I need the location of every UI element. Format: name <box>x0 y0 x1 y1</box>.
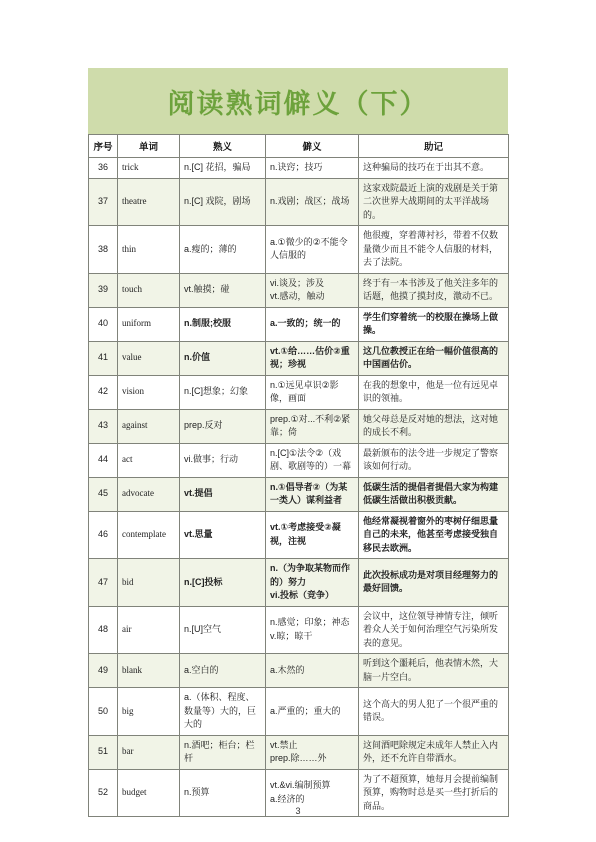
mnemonic-cell: 会议中，这位领导神情专注，倾听着众人关于如何治理空气污染所发表的意见。 <box>359 606 509 654</box>
row-number-cell: 36 <box>89 158 118 179</box>
row-number-cell: 40 <box>89 307 118 341</box>
obscure-meaning-cell: n.（为争取某物而作的）努力 vi.投标（竞争） <box>266 559 359 607</box>
row-number-cell: 48 <box>89 606 118 654</box>
table-row: 41 value n.价值 vt.①给……估价②重视；珍视 这几位教授正在给一幅… <box>89 341 509 375</box>
familiar-meaning-cell: a.空白的 <box>180 654 266 688</box>
table-row: 43 against prep.反对 prep.①对...不利②紧靠；倚 她父母… <box>89 409 509 443</box>
word-cell: act <box>118 443 180 477</box>
obscure-meaning-cell: a.①微少的②不能令人信服的 <box>266 226 359 274</box>
row-number-cell: 45 <box>89 477 118 511</box>
familiar-meaning-cell: n.[C]投标 <box>180 559 266 607</box>
row-number-cell: 50 <box>89 688 118 736</box>
header-familiar-meaning: 熟义 <box>180 135 266 158</box>
familiar-meaning-cell: vi.做事；行动 <box>180 443 266 477</box>
header-number: 序号 <box>89 135 118 158</box>
table-row: 44 act vi.做事；行动 n.[C]①法令②（戏剧、歌剧等的）一幕 最新颁… <box>89 443 509 477</box>
page-number: 3 <box>0 806 596 816</box>
row-number-cell: 43 <box>89 409 118 443</box>
table-row: 47 bid n.[C]投标 n.（为争取某物而作的）努力 vi.投标（竞争） … <box>89 559 509 607</box>
title-banner: 阅读熟词僻义（下） <box>88 68 508 134</box>
mnemonic-cell: 他经常凝视着窗外的枣树仔细思量自己的未来，他甚至考虑接受独自移民去欧洲。 <box>359 511 509 559</box>
familiar-meaning-cell: n.[C]想象；幻象 <box>180 375 266 409</box>
familiar-meaning-cell: a.（体积、程度、数量等）大的，巨大的 <box>180 688 266 736</box>
header-obscure-meaning: 僻义 <box>266 135 359 158</box>
word-cell: value <box>118 341 180 375</box>
header-mnemonic: 助记 <box>359 135 509 158</box>
table-row: 37 theatre n.[C] 戏院，剧场 n.戏剧；战区；战场 这家戏院最近… <box>89 178 509 226</box>
word-cell: bar <box>118 735 180 769</box>
table-row: 45 advocate vt.提倡 n.①倡导者②（为某一类人）谋利益者 低碳生… <box>89 477 509 511</box>
word-cell: bid <box>118 559 180 607</box>
familiar-meaning-cell: n.[U]空气 <box>180 606 266 654</box>
word-cell: thin <box>118 226 180 274</box>
obscure-meaning-cell: n.①倡导者②（为某一类人）谋利益者 <box>266 477 359 511</box>
mnemonic-cell: 这家戏院最近上演的戏剧是关于第二次世界大战期间的太平洋战场的。 <box>359 178 509 226</box>
familiar-meaning-cell: a.瘦的；薄的 <box>180 226 266 274</box>
table-row: 42 vision n.[C]想象；幻象 n.①远见卓识②影像，画面 在我的想象… <box>89 375 509 409</box>
table-row: 38 thin a.瘦的；薄的 a.①微少的②不能令人信服的 他很瘦，穿着薄衬衫… <box>89 226 509 274</box>
word-cell: advocate <box>118 477 180 511</box>
obscure-meaning-cell: n.①远见卓识②影像，画面 <box>266 375 359 409</box>
mnemonic-cell: 这个高大的男人犯了一个很严重的错误。 <box>359 688 509 736</box>
mnemonic-cell: 此次投标成功是对项目经理努力的最好回馈。 <box>359 559 509 607</box>
table-row: 48 air n.[U]空气 n.感觉；印象；神态 v.晾；晾干 会议中，这位领… <box>89 606 509 654</box>
mnemonic-cell: 听到这个噩耗后，他表情木然，大脑一片空白。 <box>359 654 509 688</box>
row-number-cell: 38 <box>89 226 118 274</box>
word-cell: air <box>118 606 180 654</box>
vocab-table: 序号 单词 熟义 僻义 助记 36 trick n.[C] 花招，骗局 n.诀窍… <box>88 134 509 817</box>
table-row: 49 blank a.空白的 a.木然的 听到这个噩耗后，他表情木然，大脑一片空… <box>89 654 509 688</box>
obscure-meaning-cell: n.感觉；印象；神态 v.晾；晾干 <box>266 606 359 654</box>
table-row: 40 uniform n.制服;校服 a.一致的；统一的 学生们穿着统一的校服在… <box>89 307 509 341</box>
familiar-meaning-cell: n.价值 <box>180 341 266 375</box>
mnemonic-cell: 她父母总是反对她的想法，这对她的成长不利。 <box>359 409 509 443</box>
table-row: 39 touch vt.触摸；碰 vi.谈及；涉及 vt.感动，触动 终于有一本… <box>89 273 509 307</box>
familiar-meaning-cell: vt.触摸；碰 <box>180 273 266 307</box>
familiar-meaning-cell: n.[C] 花招，骗局 <box>180 158 266 179</box>
mnemonic-cell: 这间酒吧除规定未成年人禁止入内外，还不允许自带酒水。 <box>359 735 509 769</box>
familiar-meaning-cell: n.[C] 戏院，剧场 <box>180 178 266 226</box>
row-number-cell: 39 <box>89 273 118 307</box>
obscure-meaning-cell: prep.①对...不利②紧靠；倚 <box>266 409 359 443</box>
vocab-table-header: 序号 单词 熟义 僻义 助记 <box>89 135 509 158</box>
obscure-meaning-cell: n.[C]①法令②（戏剧、歌剧等的）一幕 <box>266 443 359 477</box>
table-row: 46 contemplate vt.思量 vt.①考虑接受②凝视，注视 他经常凝… <box>89 511 509 559</box>
row-number-cell: 44 <box>89 443 118 477</box>
row-number-cell: 51 <box>89 735 118 769</box>
word-cell: touch <box>118 273 180 307</box>
vocab-table-container: 序号 单词 熟义 僻义 助记 36 trick n.[C] 花招，骗局 n.诀窍… <box>88 134 508 817</box>
obscure-meaning-cell: a.一致的；统一的 <box>266 307 359 341</box>
familiar-meaning-cell: vt.提倡 <box>180 477 266 511</box>
word-cell: big <box>118 688 180 736</box>
row-number-cell: 47 <box>89 559 118 607</box>
row-number-cell: 37 <box>89 178 118 226</box>
word-cell: theatre <box>118 178 180 226</box>
word-cell: uniform <box>118 307 180 341</box>
word-cell: vision <box>118 375 180 409</box>
familiar-meaning-cell: vt.思量 <box>180 511 266 559</box>
familiar-meaning-cell: n.酒吧；柜台；栏杆 <box>180 735 266 769</box>
obscure-meaning-cell: vt.①考虑接受②凝视，注视 <box>266 511 359 559</box>
vocab-table-body: 36 trick n.[C] 花招，骗局 n.诀窍；技巧 这种骗局的技巧在于出其… <box>89 158 509 817</box>
mnemonic-cell: 低碳生活的提倡者提倡大家为构建低碳生活做出积极贡献。 <box>359 477 509 511</box>
mnemonic-cell: 在我的想象中，他是一位有远见卓识的领袖。 <box>359 375 509 409</box>
obscure-meaning-cell: a.严重的；重大的 <box>266 688 359 736</box>
row-number-cell: 46 <box>89 511 118 559</box>
obscure-meaning-cell: n.戏剧；战区；战场 <box>266 178 359 226</box>
mnemonic-cell: 最新颁布的法令进一步规定了警察该如何行动。 <box>359 443 509 477</box>
mnemonic-cell: 这种骗局的技巧在于出其不意。 <box>359 158 509 179</box>
word-cell: against <box>118 409 180 443</box>
obscure-meaning-cell: vt.禁止 prep.除……外 <box>266 735 359 769</box>
familiar-meaning-cell: prep.反对 <box>180 409 266 443</box>
mnemonic-cell: 这几位教授正在给一幅价值很高的中国画估价。 <box>359 341 509 375</box>
table-row: 50 big a.（体积、程度、数量等）大的，巨大的 a.严重的；重大的 这个高… <box>89 688 509 736</box>
word-cell: blank <box>118 654 180 688</box>
row-number-cell: 42 <box>89 375 118 409</box>
obscure-meaning-cell: vt.①给……估价②重视；珍视 <box>266 341 359 375</box>
word-cell: trick <box>118 158 180 179</box>
obscure-meaning-cell: n.诀窍；技巧 <box>266 158 359 179</box>
table-row: 36 trick n.[C] 花招，骗局 n.诀窍；技巧 这种骗局的技巧在于出其… <box>89 158 509 179</box>
word-cell: contemplate <box>118 511 180 559</box>
mnemonic-cell: 学生们穿着统一的校服在操场上做操。 <box>359 307 509 341</box>
familiar-meaning-cell: n.制服;校服 <box>180 307 266 341</box>
row-number-cell: 49 <box>89 654 118 688</box>
document-page: 阅读熟词僻义（下） 序号 单词 熟义 僻义 助记 36 trick n.[C] … <box>0 0 596 842</box>
table-row: 51 bar n.酒吧；柜台；栏杆 vt.禁止 prep.除……外 这间酒吧除规… <box>89 735 509 769</box>
obscure-meaning-cell: a.木然的 <box>266 654 359 688</box>
header-row: 序号 单词 熟义 僻义 助记 <box>89 135 509 158</box>
mnemonic-cell: 终于有一本书涉及了他关注多年的话题，他摸了摸封皮，激动不已。 <box>359 273 509 307</box>
page-title: 阅读熟词僻义（下） <box>168 82 429 121</box>
header-word: 单词 <box>118 135 180 158</box>
row-number-cell: 41 <box>89 341 118 375</box>
mnemonic-cell: 他很瘦，穿着薄衬衫，带着不仅数量微少而且不能令人信服的材料，去了法院。 <box>359 226 509 274</box>
obscure-meaning-cell: vi.谈及；涉及 vt.感动，触动 <box>266 273 359 307</box>
